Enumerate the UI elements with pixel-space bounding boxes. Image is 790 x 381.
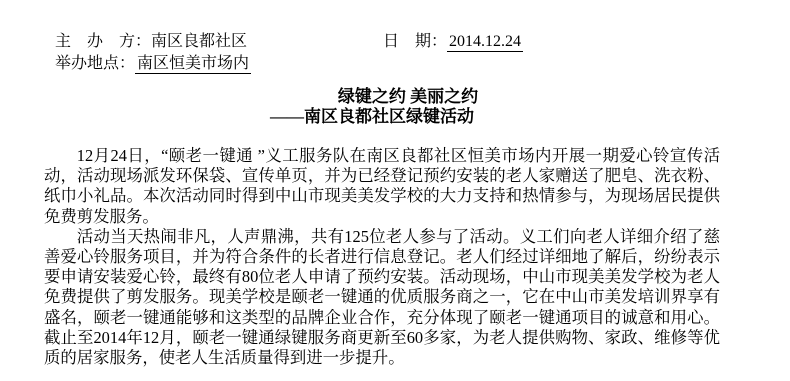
doc-subtitle: ——南区良都社区绿键活动 [0,107,767,127]
header-row-venue: 举办地点：南区恒美市场内 [55,53,755,75]
doc-title: 绿键之约 美丽之约 [13,87,790,107]
document-page: 主 办 方：南区良都社区 日 期：2014.12.24 举办地点：南区恒美市场内… [0,0,790,381]
venue-label: 举办地点： [55,55,135,72]
date-group: 日 期：2014.12.24 [383,31,523,53]
doc-body: 12月24日，“颐老一键通 ”义工服务队在南区良都社区恒美市场内开展一期爱心铃宣… [44,146,720,368]
venue-value: 南区恒美市场内 [135,54,251,74]
paragraph-1: 12月24日，“颐老一键通 ”义工服务队在南区良都社区恒美市场内开展一期爱心铃宣… [44,146,720,227]
date-label: 日 期： [383,33,447,50]
organizer-value: 南区良都社区 [151,33,247,50]
date-value: 2014.12.24 [447,32,523,52]
organizer-label: 主 办 方： [55,33,151,50]
header-row-organizer: 主 办 方：南区良都社区 日 期：2014.12.24 [55,31,755,53]
paragraph-2: 活动当天热闹非凡，人声鼎沸，共有125位老人参与了活动。义工们向老人详细介绍了慈… [44,227,720,368]
